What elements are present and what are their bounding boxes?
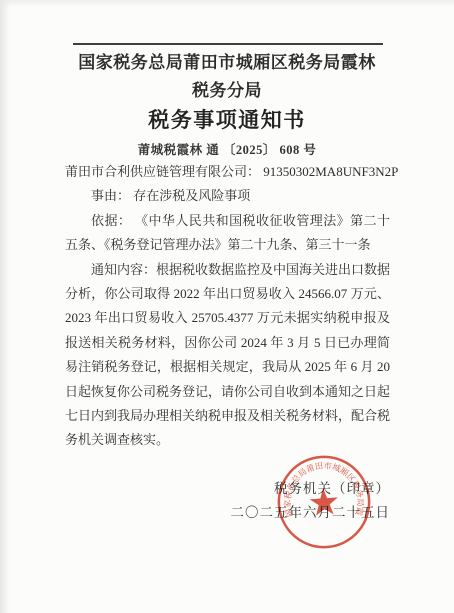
issuing-agency-name: 国家税务总局莆田市城厢区税务局霞林税务分局 [0,49,454,105]
authority-seal-label: 税务机关（印章） [231,477,391,501]
header-divider-line [73,43,383,45]
signature-block: 税务机关（印章） 二〇二五年六月二十五日 [231,477,391,525]
notice-body: 莆田市合利供应链管理有限公司： 91350302MA8UNF3N2P 事由： 存… [65,160,390,453]
issuing-agency-name-text: 国家税务总局莆田市城厢区税务局霞林税务分局 [71,49,383,105]
recipient-line: 莆田市合利供应链管理有限公司： 91350302MA8UNF3N2P [65,160,390,184]
reason-paragraph: 事由： 存在涉税及风险事项 [65,184,390,208]
basis-paragraph: 依据： 《中华人民共和国税收征收管理法》第二十五条、《税务登记管理办法》第二十九… [65,209,390,258]
document-number: 莆城税霞林 通 〔2025〕 608 号 [0,140,454,158]
scanned-notice-page: 国家税务总局莆田市城厢区税务局霞林税务分局 税务事项通知书 莆城税霞林 通 〔2… [0,0,454,613]
notice-title: 税务事项通知书 [0,104,454,134]
issue-date: 二〇二五年六月二十五日 [231,501,391,525]
content-paragraph: 通知内容：根据税收数据监控及中国海关进出口数据分析，你公司取得 2022 年出口… [65,258,390,453]
